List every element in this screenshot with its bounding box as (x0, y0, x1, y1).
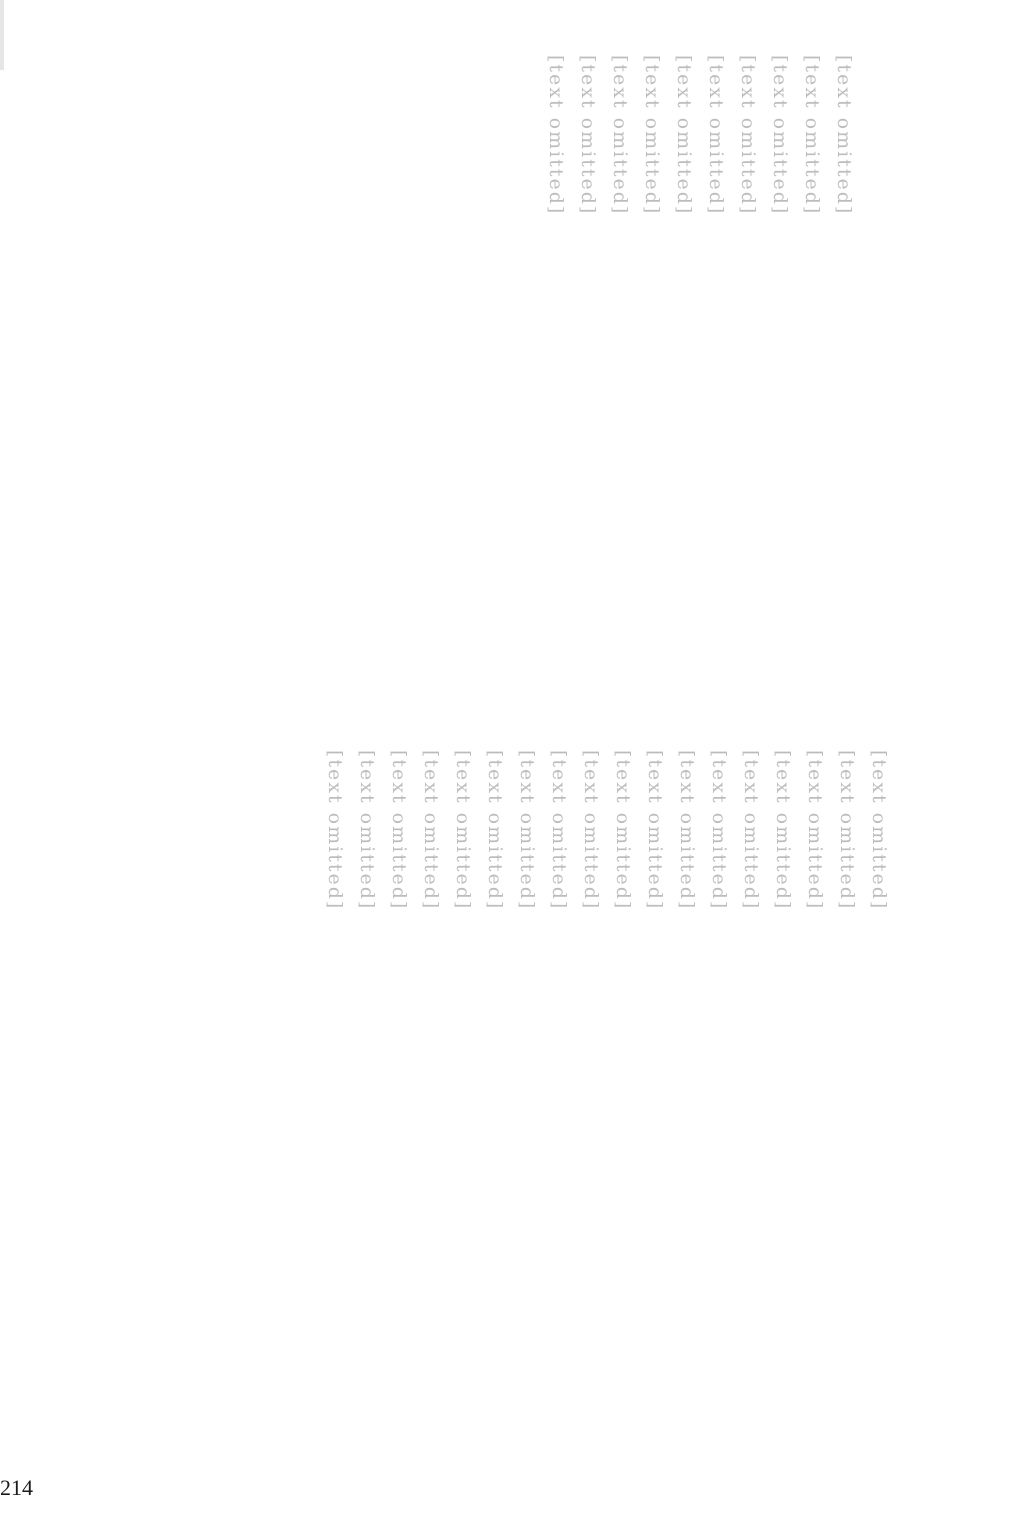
text-line: [text omitted] (700, 55, 732, 695)
text-line: [text omitted] (639, 750, 671, 1390)
scan-edge-mark (0, 0, 4, 70)
text-line: [text omitted] (479, 750, 511, 1390)
text-line: [text omitted] (572, 55, 604, 695)
text-line: [text omitted] (511, 750, 543, 1390)
text-line: [text omitted] (764, 55, 796, 695)
text-line: [text omitted] (607, 750, 639, 1390)
text-line: [text omitted] (351, 750, 383, 1390)
text-line: [text omitted] (799, 750, 831, 1390)
text-line: [text omitted] (668, 55, 700, 695)
upper-text-tier: [text omitted] [text omitted] [text omit… (540, 55, 860, 695)
text-line: [text omitted] (671, 750, 703, 1390)
text-line: [text omitted] (540, 55, 572, 695)
text-line: [text omitted] (831, 750, 863, 1390)
text-line: [text omitted] (636, 55, 668, 695)
text-line: [text omitted] (415, 750, 447, 1390)
text-line: [text omitted] (828, 55, 860, 695)
text-line: [text omitted] (767, 750, 799, 1390)
text-line: [text omitted] (319, 750, 351, 1390)
text-line: [text omitted] (447, 750, 479, 1390)
text-line: [text omitted] (543, 750, 575, 1390)
text-line: [text omitted] (604, 55, 636, 695)
text-line: [text omitted] (863, 750, 895, 1390)
text-line: [text omitted] (383, 750, 415, 1390)
text-line: [text omitted] (735, 750, 767, 1390)
text-line: [text omitted] (732, 55, 764, 695)
lower-text-tier: [text omitted] [text omitted] [text omit… (319, 750, 895, 1390)
page-number: 214 (0, 1475, 33, 1501)
text-line: [text omitted] (575, 750, 607, 1390)
text-line: [text omitted] (796, 55, 828, 695)
text-line: [text omitted] (703, 750, 735, 1390)
